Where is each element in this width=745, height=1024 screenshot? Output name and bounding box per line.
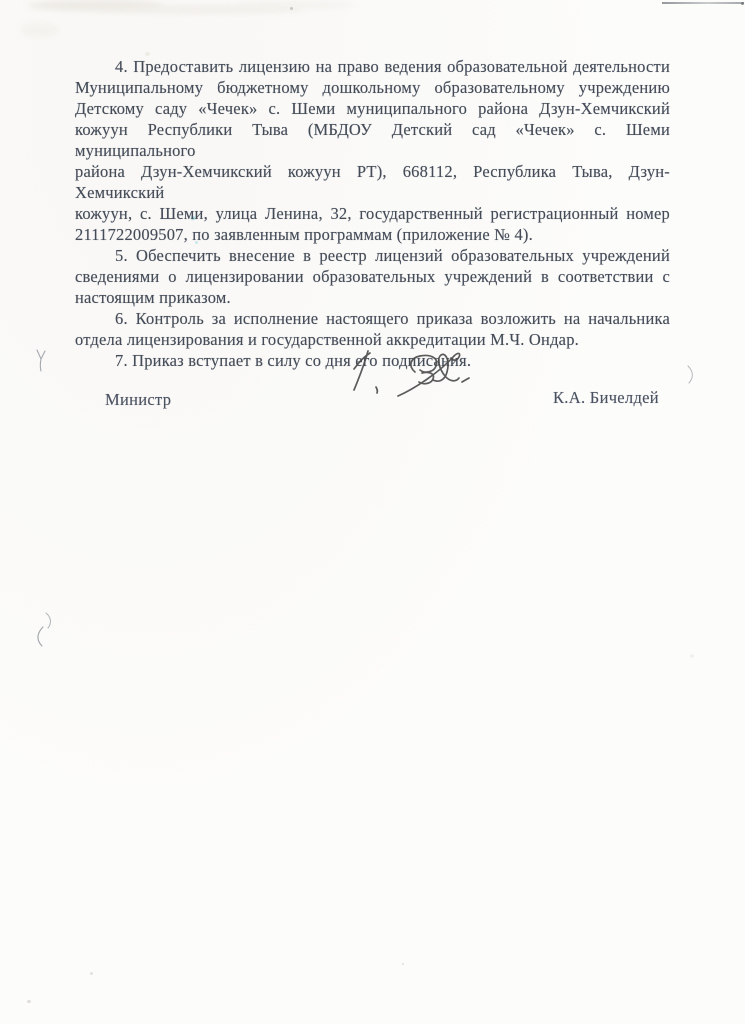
margin-pen-mark [686, 364, 698, 386]
text-line: Детскому саду «Чечек» с. Шеми муниципаль… [75, 98, 670, 119]
paragraph: 5. Обеспечить внесение в реестр лицензий… [75, 245, 670, 308]
signoff-role-label: Министр [105, 389, 171, 410]
scan-smudge [20, 22, 60, 38]
handwritten-signature [332, 342, 482, 404]
text-line: 4. Предоставить лицензию на право ведени… [75, 56, 670, 77]
document-body: 4. Предоставить лицензию на право ведени… [75, 56, 670, 371]
scan-speck [690, 654, 694, 658]
margin-pen-mark [33, 625, 47, 649]
text-line: 6. Контроль за исполнение настоящего при… [75, 308, 670, 329]
text-line: 5. Обеспечить внесение в реестр лицензий… [75, 245, 670, 266]
text-line: района Дзун-Хемчикский кожуун РТ), 66811… [75, 161, 670, 203]
scan-speck [27, 1000, 31, 1003]
margin-pen-mark [33, 348, 49, 374]
scan-speck [90, 972, 93, 975]
text-line: настоящим приказом. [75, 287, 670, 308]
scan-speck [741, 2, 744, 5]
margin-pen-mark [44, 611, 56, 631]
signoff-name-label: К.А. Бичелдей [553, 387, 659, 408]
text-line: кожуун, с. Шеми, улица Ленина, 32, госуд… [75, 203, 670, 224]
scan-smudge [235, 1, 355, 9]
text-line: кожуун Республики Тыва (МБДОУ Детский са… [75, 119, 670, 161]
scan-smudge [95, 5, 305, 14]
scan-speck [402, 963, 404, 965]
text-line: 2111722009507, по заявленным программам … [75, 224, 670, 245]
paragraph: 4. Предоставить лицензию на право ведени… [75, 56, 670, 245]
scan-speck [290, 7, 293, 10]
scan-line-artifact [662, 2, 744, 4]
scanned-document-page: 4. Предоставить лицензию на право ведени… [0, 0, 745, 1024]
text-line: Муниципальному бюджетному дошкольному об… [75, 77, 670, 98]
scan-smudge [28, 0, 163, 11]
text-line: сведениями о лицензировании образователь… [75, 266, 670, 287]
